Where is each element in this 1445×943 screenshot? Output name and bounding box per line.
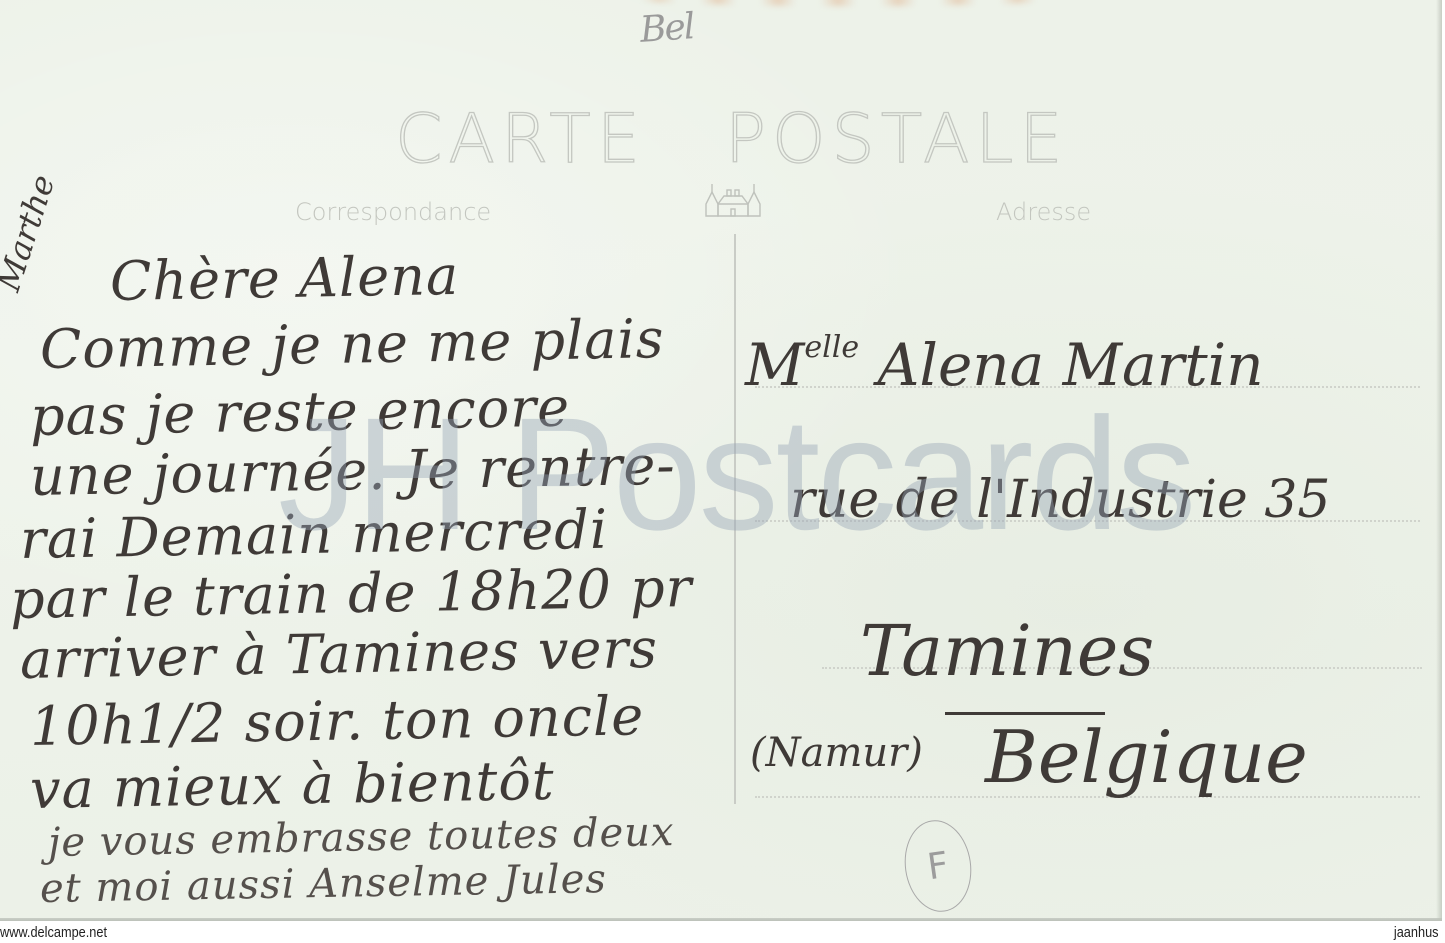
circled-pencil-mark: F xyxy=(899,816,977,916)
message-line: 10h1/2 soir. ton oncle xyxy=(29,684,644,758)
message-line: et moi aussi Anselme Jules xyxy=(40,856,608,912)
message-line: une journée. Je rentre- xyxy=(29,434,676,508)
castle-icon xyxy=(702,182,764,218)
address-street: rue de l'Industrie 35 xyxy=(790,470,1331,530)
title-word-carte: CARTE xyxy=(395,100,646,179)
adresse-label: Adresse xyxy=(996,198,1091,226)
address-city: Tamines xyxy=(860,610,1154,692)
address-street-text: rue de l'Industrie 35 xyxy=(790,470,1331,530)
title-word-postale: POSTALE xyxy=(725,100,1068,179)
top-edge-stain xyxy=(640,0,1060,6)
message-line: arriver à Tamines vers xyxy=(19,617,658,691)
message-line: Chère Alena xyxy=(109,244,459,313)
address-salutation: M xyxy=(745,331,804,399)
seller-name: jaanhus xyxy=(1394,924,1439,941)
address-salutation-sup: elle xyxy=(804,330,859,365)
message-line: va mieux à bientôt xyxy=(29,749,555,821)
postcard-back: Bel CARTE POSTALE Correspondance Adresse… xyxy=(0,0,1442,921)
address-name: Alena Martin xyxy=(878,331,1264,399)
margin-note: Marthe xyxy=(0,170,62,295)
correspondance-label: Correspondance xyxy=(295,198,491,226)
center-divider-line xyxy=(734,234,736,804)
card-bottom-edge xyxy=(0,918,1442,921)
pencil-note: Bel xyxy=(639,6,695,51)
message-line: Comme je ne me plais xyxy=(39,307,664,381)
address-country: Belgique xyxy=(985,715,1308,799)
address-region: (Namur) xyxy=(750,730,923,776)
delcampe-source-link[interactable]: www.delcampe.net xyxy=(0,924,107,941)
address-recipient: Melle Alena Martin xyxy=(745,330,1264,399)
